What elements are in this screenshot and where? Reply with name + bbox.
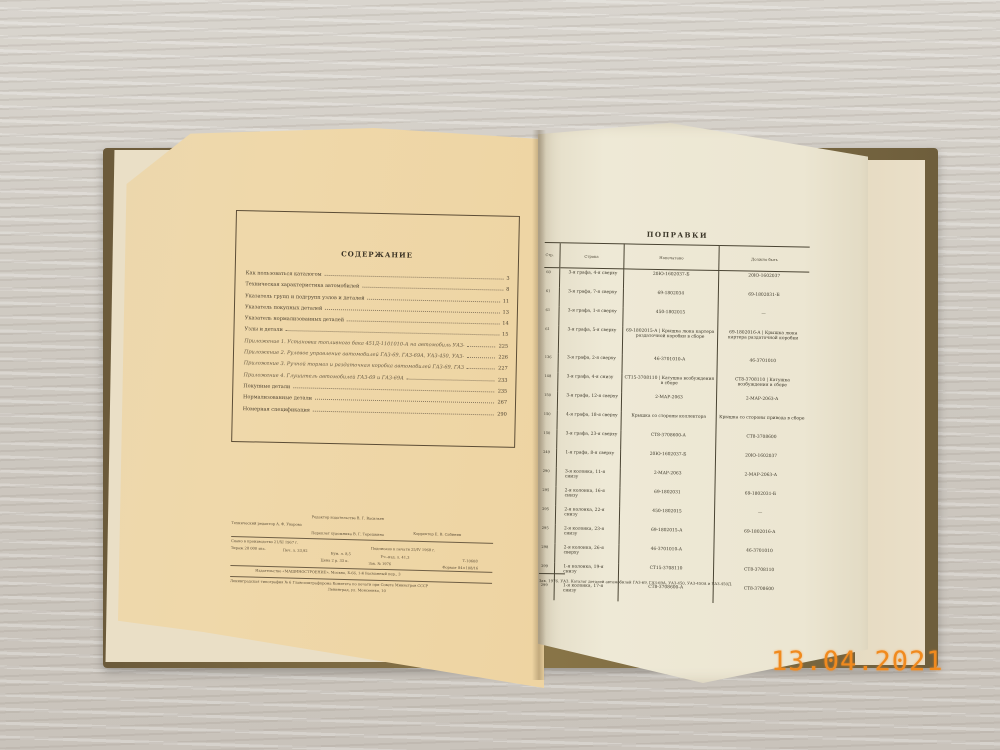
toc-list: Как пользоваться каталогом3 Техническая … (243, 267, 510, 419)
leader-dots (407, 372, 495, 381)
leader-dots (467, 340, 496, 348)
colophon-print-run: Тираж 28 000 экз. (231, 546, 266, 551)
header-line: Строка (560, 243, 624, 269)
table-of-contents: СОДЕРЖАНИЕ Как пользоваться каталогом3 Т… (231, 210, 520, 448)
colophon-printer-address: Ленинград, ул. Моисеенко, 10 (328, 588, 386, 594)
leader-dots (325, 269, 504, 280)
colophon-price: Цена 2 р. 33 к. (321, 558, 349, 563)
header-should-be: Должно быть (719, 246, 810, 273)
footnote-order: Зак. 1976. (539, 578, 559, 583)
header-printed: Напечатано (624, 244, 720, 271)
colophon-tech-editor: Технический редактор А. Ф. Уварова (231, 521, 301, 527)
colophon-corrector: Корректор Е. В. Сабинин (413, 532, 461, 537)
footnote-rule (539, 573, 565, 574)
colophon-signed-to-print: Подписано к печати 25/IV 1968 г. (371, 547, 435, 553)
leader-dots (368, 292, 500, 302)
errata-table: Стр. Строка Напечатано Должно быть 603-я… (539, 242, 810, 605)
errata-section: ПОПРАВКИ Стр. Строка Напечатано Должно б… (538, 228, 810, 613)
camera-date-stamp: 13.04.2021 (771, 646, 944, 677)
colophon-cover-artist: Переплет художника В. Г. Терешкина (311, 531, 384, 537)
colophon-order-number: Зак. № 1976 (368, 562, 391, 567)
colophon: Редактор издательства В. Г. Васильев Тех… (229, 505, 512, 632)
leader-dots (467, 351, 496, 359)
colophon-printed-sheets: Печ. л. 33,92 (283, 548, 308, 553)
toc-title: СОДЕРЖАНИЕ (236, 247, 518, 262)
colophon-order-code: Т-10608 (463, 559, 478, 563)
colophon-paper-sheets: Бум. л. 8,5 (331, 552, 351, 557)
colophon-editor: Редактор издательства В. Г. Васильев (312, 515, 384, 521)
leader-dots (467, 362, 496, 370)
colophon-publishing-sheets: Уч.-изд. л. 41,3 (381, 555, 410, 560)
header-page: Стр. (544, 242, 560, 267)
colophon-sent-to-production: Сдано в производство 21/XI 1967 г. (231, 539, 298, 545)
